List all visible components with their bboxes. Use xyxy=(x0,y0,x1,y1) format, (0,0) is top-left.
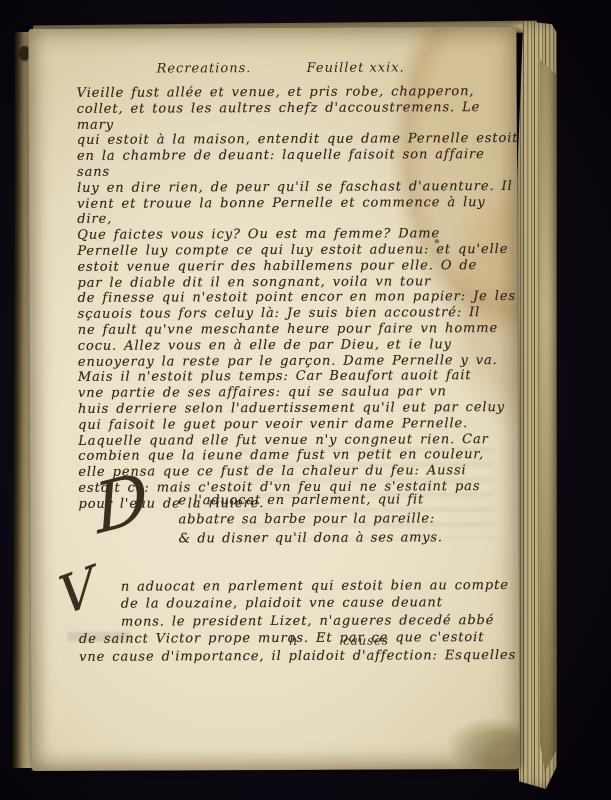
body-text: Vieille fust allée et venue, et pris rob… xyxy=(77,84,524,512)
running-title: Recreations. xyxy=(157,61,252,76)
paragraph-initial-letter: V xyxy=(56,560,101,623)
chapter-initial-letter: D xyxy=(92,468,151,542)
paragraph-initial-box: V xyxy=(79,578,121,615)
second-paragraph: Vn aduocat en parlement qui estoit bien … xyxy=(79,559,527,667)
book-photo: Recreations. Feuillet xxix. Vieille fust… xyxy=(0,0,611,800)
binding-cover-edge xyxy=(540,60,556,772)
manuscript-page: Recreations. Feuillet xxix. Vieille fust… xyxy=(28,27,519,771)
page-header: Recreations. Feuillet xxix. xyxy=(29,60,517,62)
signature-mark: h xyxy=(289,634,298,649)
bottom-stain xyxy=(471,727,519,771)
folio-number: Feuillet xxix. xyxy=(307,60,405,75)
paragraph-lines: n aduocat en parlement qui estoit bien a… xyxy=(79,578,516,665)
catchword: causes xyxy=(343,634,389,648)
chapter-heading: e l'aduocat en parlement, qui fit abbatr… xyxy=(178,491,488,549)
